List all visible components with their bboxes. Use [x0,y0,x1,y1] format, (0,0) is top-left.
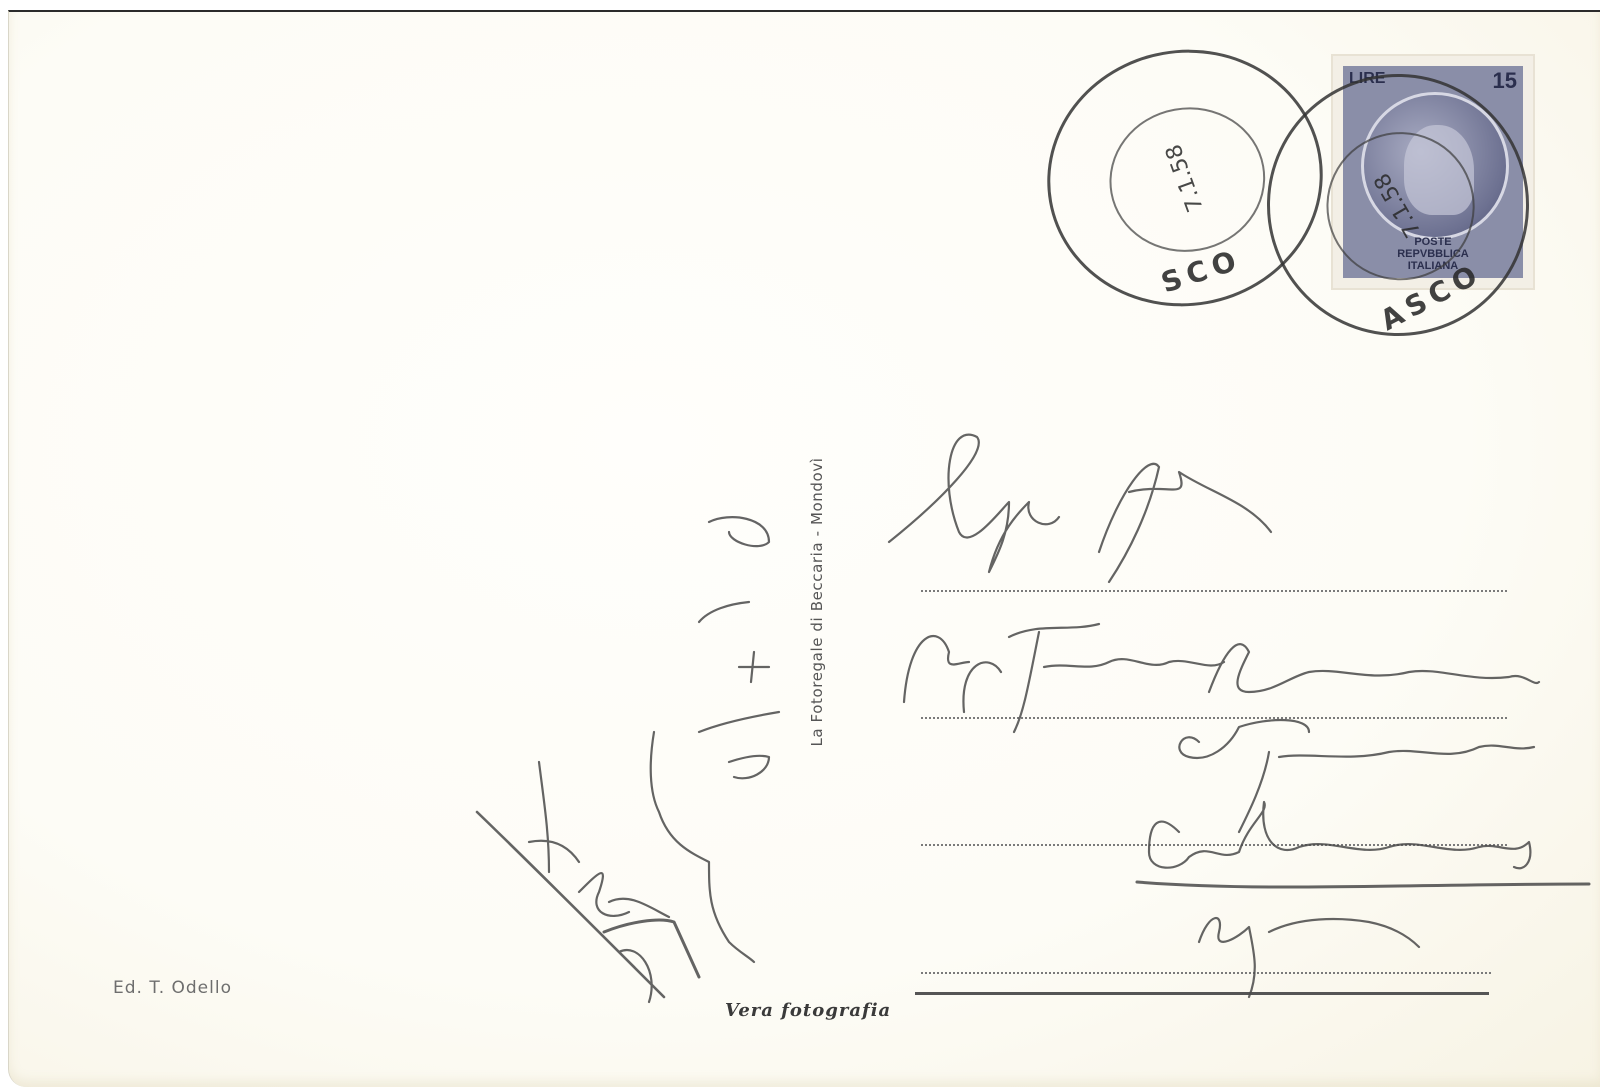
handwritten-recipient: Sig. Ferrari Bernardino [904,642,1095,661]
handwritten-family: e Famiglia [1189,732,1273,751]
handwritten-date: 28 / 1 / 58 [709,612,791,631]
handwriting-strokes [9,12,1600,1087]
handwritten-greeting: Saluti [649,812,696,831]
handwritten-salutation: Egregio Sig. [889,492,990,511]
handwritten-town: Cocconato [1149,812,1234,831]
postcard-back: Ed. T. Odello La Fotoregale di Beccaria … [8,10,1600,1087]
handwritten-region: Liguria [1199,912,1258,931]
handwritten-signature: signature [489,892,566,911]
